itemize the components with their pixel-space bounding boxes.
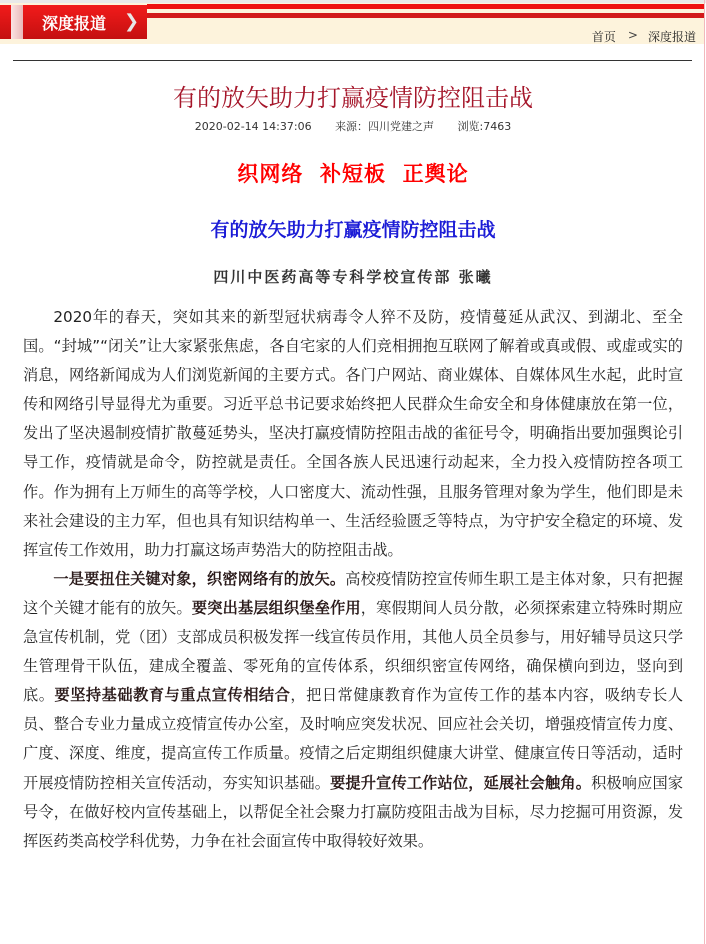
red-subtitle: 织网络 补短板 正舆论	[0, 158, 706, 188]
article-title: 有的放矢助力打赢疫情防控阻击战	[0, 78, 706, 113]
bold-lead-3: 要坚持基础教育与重点宣传相结合	[54, 686, 290, 704]
header-red-line	[147, 4, 704, 9]
article-body: 2020年的春天，突如其来的新型冠状病毒令人猝不及防，疫情蔓延从武汉、到湖北、至…	[23, 303, 683, 856]
tab-stripe-decoration	[11, 5, 23, 39]
publish-datetime: 2020-02-14 14:37:06	[195, 120, 312, 133]
title-divider	[13, 60, 692, 61]
section-label: 深度报道	[42, 11, 106, 34]
breadcrumb-separator: >	[628, 28, 638, 45]
breadcrumb-home-link[interactable]: 首页	[592, 28, 616, 45]
view-count: 浏览:7463	[458, 120, 512, 133]
paragraph-1: 2020年的春天，突如其来的新型冠状病毒令人猝不及防，疫情蔓延从武汉、到湖北、至…	[23, 303, 683, 565]
breadcrumb-current-link[interactable]: 深度报道	[648, 28, 696, 45]
page-right-border	[704, 0, 705, 944]
paragraph-2: 一是要扭住关键对象，织密网络有的放矢。高校疫情防控宣传师生职工是主体对象，只有把…	[23, 565, 683, 856]
header-red-line	[147, 13, 704, 18]
bold-lead-1: 一是要扭住关键对象，织密网络有的放矢。	[53, 570, 345, 588]
section-tab[interactable]: 深度报道 ❯	[0, 5, 147, 39]
chevron-right-icon: ❯	[124, 11, 139, 32]
blue-subtitle: 有的放矢助力打赢疫情防控阻击战	[0, 215, 706, 242]
breadcrumb: 首页 > 深度报道	[592, 28, 696, 45]
bold-lead-2: 要突出基层组织堡垒作用	[192, 599, 361, 617]
article-meta: 2020-02-14 14:37:06 来源：四川党建之声 浏览:7463	[0, 118, 706, 134]
article-source: 来源：四川党建之声	[335, 120, 434, 133]
bold-lead-4: 要提升宣传工作站位，延展社会触角。	[330, 774, 591, 792]
article-author: 四川中医药高等专科学校宣传部 张曦	[0, 266, 706, 287]
